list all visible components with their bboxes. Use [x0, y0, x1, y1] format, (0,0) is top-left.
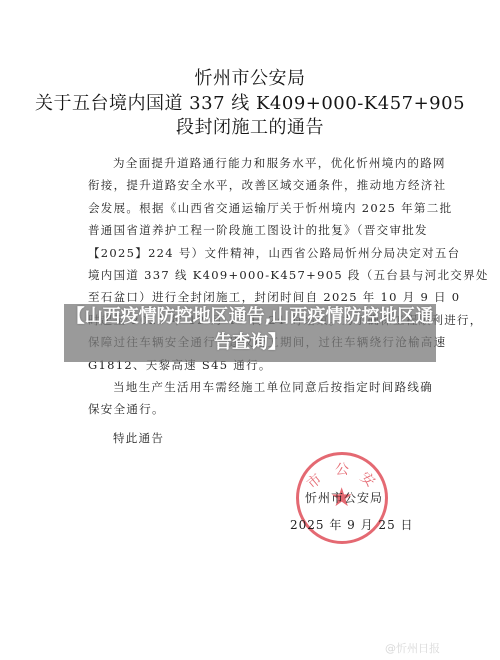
issuer-heading: 忻州市公安局 [0, 64, 500, 90]
signature-org: 忻州市公安局 [305, 489, 383, 506]
notice-title-line-2: 段封闭施工的通告 [0, 113, 500, 139]
source-watermark: @忻州日报 [385, 640, 440, 656]
closing-text: 特此通告 [113, 430, 164, 446]
body-line: 保安全通行。 [88, 398, 418, 420]
body-line: 会发展。根据《山西省交通运输厅关于忻州境内 2025 年第二批 [88, 197, 418, 219]
body-line: 【2025】224 号）文件精神，山西省公路局忻州分局决定对五台 [88, 242, 418, 264]
notice-body: 为全面提升道路通行能力和服务水平，优化忻州境内的路网 衔接，提升道路安全水平，改… [88, 152, 418, 421]
seal-char: 安 [356, 467, 380, 491]
body-line: 普通国省道养护工程一阶段施工图设计的批复》（晋交审批发 [88, 219, 418, 241]
seal-char: 公 [335, 459, 349, 479]
body-line: 境内国道 337 线 K409+000-K457+905 段（五台县与河北交界处 [88, 264, 418, 286]
notice-title-line-1: 关于五台境内国道 337 线 K409+000-K457+905 [0, 89, 500, 115]
signature-date: 2025 年 9 月 25 日 [290, 516, 414, 533]
body-line: 为全面提升道路通行能力和服务水平，优化忻州境内的路网 [88, 152, 418, 174]
overlay-banner-text: 【山西疫情防控地区通告,山西疫情防控地区通告查询】 [64, 304, 436, 356]
body-line: 衔接，提升道路安全水平，改善区域交通条件，推动地方经济社 [88, 174, 418, 196]
body-line: 当地生产生活用车需经施工单位同意后按指定时间路线确 [88, 376, 418, 398]
